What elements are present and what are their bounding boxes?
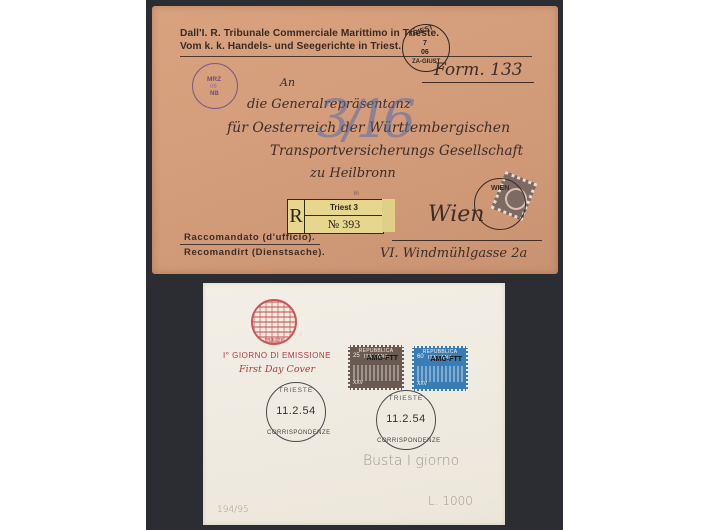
header-rule xyxy=(180,56,532,57)
fdc-subtitle: First Day Cover xyxy=(239,364,315,375)
pencil-price: L. 1000 xyxy=(428,494,473,508)
fdc-title: I° GIORNO DI EMISSIONE xyxy=(223,351,331,360)
registration-letter: R xyxy=(288,200,305,233)
handwritten-form-number: Form. 133 xyxy=(434,60,523,80)
blue-crayon-marking: 3/16 xyxy=(317,90,410,150)
address-in: in xyxy=(354,191,359,197)
trieste-cachet: TRIESTE xyxy=(251,299,297,345)
registration-label-stub xyxy=(382,199,395,232)
registration-number: № 393 xyxy=(305,216,383,233)
pencil-catalog-number: 194/95 xyxy=(217,505,249,515)
printed-header: Dall'I. R. Tribunale Commerciale Maritti… xyxy=(180,27,439,53)
stamp-25-brown: REPUBBLICA ITALIANA 25 AMG-FTT XXV xyxy=(348,345,404,390)
fdc-postmark-left: TRIESTE 11.2.54 CORRISPONDENZE xyxy=(266,382,326,442)
header-line-german: Vom k. k. Handels- und Seegerichte in Tr… xyxy=(180,40,439,53)
fdc-postmark-right: TRIESTE 11.2.54 CORRISPONDENZE xyxy=(376,390,436,450)
address-line-4: zu Heilbronn xyxy=(310,166,396,181)
pencil-note: Busta I giorno xyxy=(363,453,459,469)
registered-cover-trieste: Dall'I. R. Tribunale Commerciale Maritti… xyxy=(152,6,558,274)
registration-label: R Triest 3 № 393 xyxy=(287,199,384,234)
wien-postmark: WIEN xyxy=(474,178,526,230)
address-street: VI. Windmühlgasse 2a xyxy=(380,246,527,261)
form-underline xyxy=(422,82,534,83)
header-line-italian: Dall'I. R. Tribunale Commerciale Maritti… xyxy=(180,27,439,40)
first-day-cover: TRIESTE I° GIORNO DI EMISSIONE First Day… xyxy=(203,283,505,525)
footer-rule xyxy=(180,244,320,245)
violet-receiving-postmark: MRZ 06 NB xyxy=(192,63,238,109)
footer-german: Recomandirt (Dienstsache). xyxy=(184,247,325,258)
stamp-60-blue: REPUBBLICA ITALIANA 60 AMG-FTT XXV xyxy=(412,346,468,391)
address-line-an: An xyxy=(280,76,295,89)
footer-italian: Raccomandato (d'ufficio). xyxy=(184,232,315,243)
city-underline xyxy=(392,240,542,241)
registration-office: Triest 3 xyxy=(305,200,383,216)
